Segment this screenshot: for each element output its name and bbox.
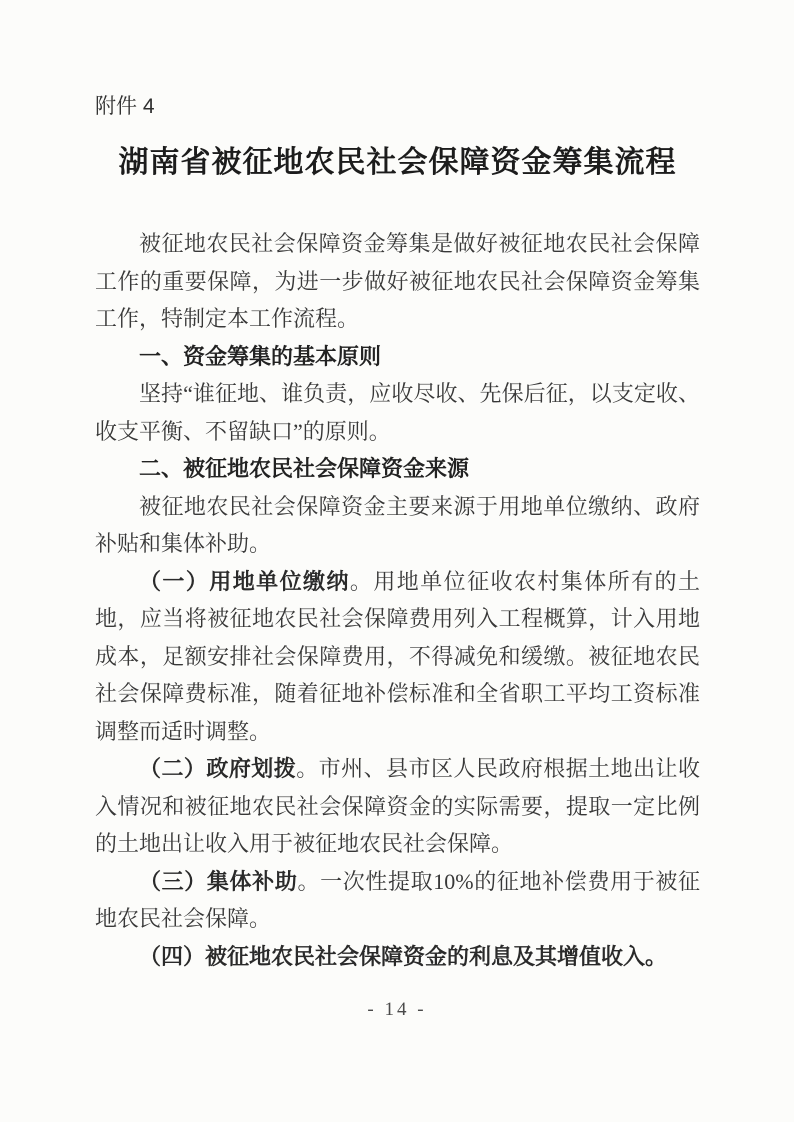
item-2-lead: （二）政府划拨 — [139, 756, 296, 781]
page-title: 湖南省被征地农民社会保障资金筹集流程 — [95, 143, 700, 183]
document-body: 被征地农民社会保障资金筹集是做好被征地农民社会保障工作的重要保障，为进一步做好被… — [95, 225, 700, 975]
paragraph-item-4: （四）被征地农民社会保障资金的利息及其增值收入。 — [95, 938, 700, 976]
paragraph-item-3: （三）集体补助。一次性提取10%的征地补偿费用于被征地农民社会保障。 — [95, 863, 700, 938]
page-number: - 14 - — [0, 999, 794, 1021]
paragraph-item-2: （二）政府划拨。市州、县市区人民政府根据土地出让收入情况和被征地农民社会保障资金… — [95, 750, 700, 863]
document-page: 附件 4 湖南省被征地农民社会保障资金筹集流程 被征地农民社会保障资金筹集是做好… — [0, 0, 794, 1122]
paragraph-intro: 被征地农民社会保障资金筹集是做好被征地农民社会保障工作的重要保障，为进一步做好被… — [95, 225, 700, 338]
attachment-label: 附件 4 — [95, 93, 700, 121]
item-3-lead: （三）集体补助 — [139, 869, 297, 894]
paragraph-sources-overview: 被征地农民社会保障资金主要来源于用地单位缴纳、政府补贴和集体补助。 — [95, 488, 700, 563]
paragraph-item-1: （一）用地单位缴纳。用地单位征收农村集体所有的土地，应当将被征地农民社会保障费用… — [95, 563, 700, 751]
item-1-text: 。用地单位征收农村集体所有的土地，应当将被征地农民社会保障费用列入工程概算，计入… — [95, 569, 700, 744]
section-heading-1: 一、资金筹集的基本原则 — [95, 338, 700, 376]
paragraph-principles: 坚持“谁征地、谁负责，应收尽收、先保后征，以支定收、收支平衡、不留缺口”的原则。 — [95, 375, 700, 450]
section-heading-2: 二、被征地农民社会保障资金来源 — [95, 450, 700, 488]
item-1-lead: （一）用地单位缴纳 — [139, 569, 350, 594]
